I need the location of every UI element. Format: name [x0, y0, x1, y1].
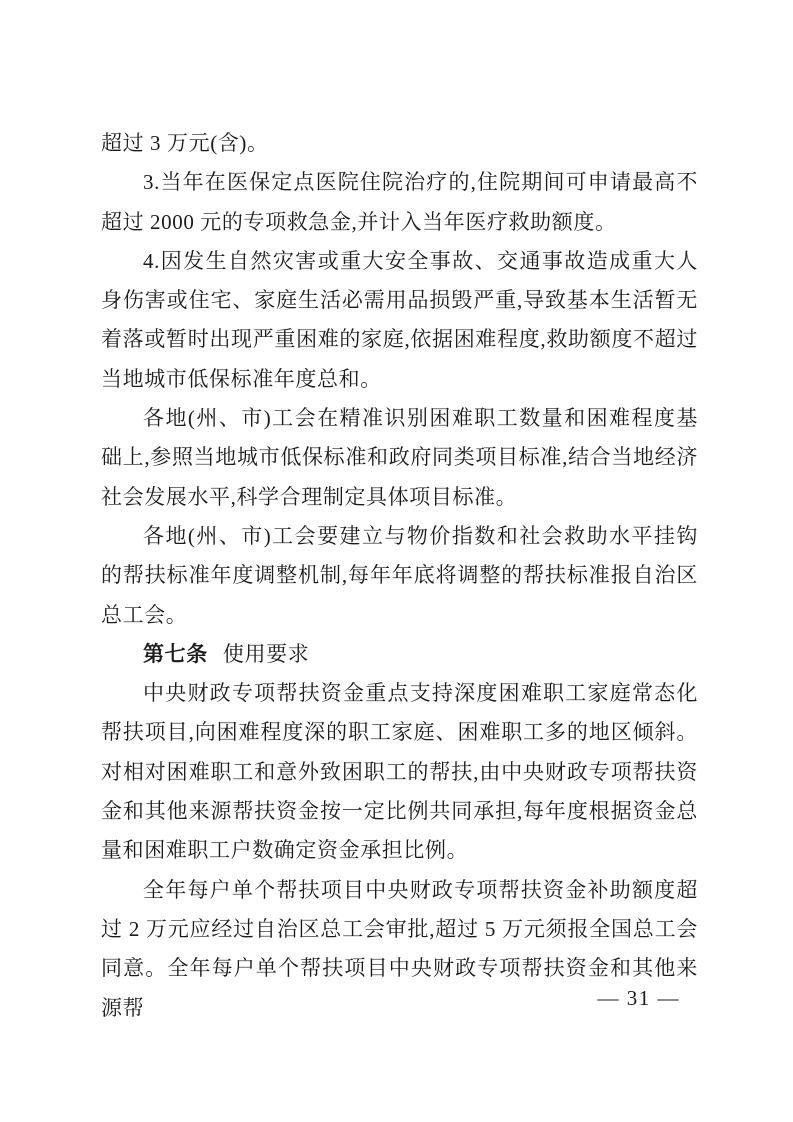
document-page: 超过 3 万元(含)。 3.当年在医保定点医院住院治疗的,住院期间可申请最高不超…	[0, 0, 793, 1122]
article-number: 第七条	[143, 643, 208, 666]
page-number: — 31 —	[598, 986, 681, 1011]
paragraph-item-4-disaster-aid: 4.因发生自然灾害或重大安全事故、交通事故造成重大人身伤害或住宅、家庭生活必需用…	[101, 242, 698, 399]
paragraph-central-funds-focus: 中央财政专项帮扶资金重点支持深度困难职工家庭常态化帮扶项目,向困难程度深的职工家…	[101, 674, 698, 870]
paragraph-local-standards: 各地(州、市)工会在精准识别困难职工数量和困难程度基础上,参照当地城市低保标准和…	[101, 399, 698, 517]
article-title: 使用要求	[223, 642, 309, 666]
article-7-heading: 第七条使用要求	[101, 635, 698, 674]
document-body: 超过 3 万元(含)。 3.当年在医保定点医院住院治疗的,住院期间可申请最高不超…	[101, 124, 698, 1028]
paragraph-carryover: 超过 3 万元(含)。	[101, 124, 698, 163]
paragraph-item-3-medical-aid: 3.当年在医保定点医院住院治疗的,住院期间可申请最高不超过 2000 元的专项救…	[101, 163, 698, 242]
paragraph-annual-adjustment: 各地(州、市)工会要建立与物价指数和社会救助水平挂钩的帮扶标准年度调整机制,每年…	[101, 517, 698, 635]
